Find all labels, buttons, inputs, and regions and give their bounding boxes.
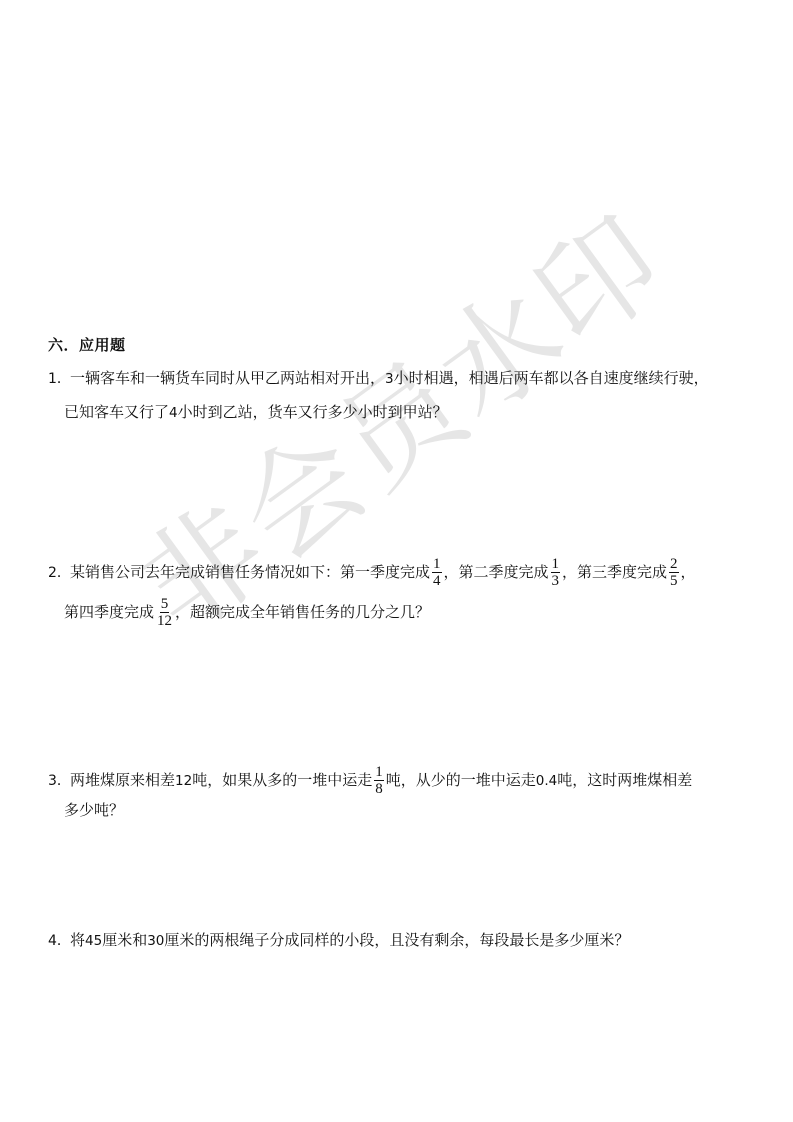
question-3: 3．两堆煤原来相差12吨，如果从多的一堆中运走18吨，从少的一堆中运走0.4吨，… [48,764,692,797]
question-text: ， [681,563,696,581]
question-1: 1．一辆客车和一辆货车同时从甲乙两站相对开出，3小时相遇，相遇后两车都以各自速度… [48,368,709,389]
fraction-numerator: 1 [432,556,442,573]
fraction-denominator: 5 [669,573,679,589]
question-text: ，第二季度完成 [444,563,549,581]
fraction-denominator: 4 [432,573,442,589]
number-value: 30 [147,933,164,949]
question-text: 吨，这时两堆煤相差 [557,771,692,789]
question-text: 将 [70,931,85,949]
question-text: 两堆煤原来相差 [70,771,175,789]
fraction-denominator: 3 [551,573,561,589]
number-value: 45 [85,933,102,949]
question-text: ，第三季度完成 [562,563,667,581]
question-number: 1． [48,369,70,389]
question-2: 2．某销售公司去年完成销售任务情况如下：第一季度完成14，第二季度完成13，第三… [48,556,696,589]
number-value: 0.4 [536,773,557,789]
question-line-2: 已知客车又行了4小时到乙站，货车又行多少小时到甲站？ [64,402,448,423]
fraction-numerator: 2 [669,556,679,573]
fraction-denominator: 8 [374,781,384,797]
question-text: 厘米和 [102,931,147,949]
question-text: 小时相遇，相遇后两车都以各自速度继续行驶， [394,369,709,387]
question-text: ，超额完成全年销售任务的几分之几？ [175,603,430,621]
number-value: 4 [169,405,178,421]
question-number: 4． [48,931,70,951]
fraction: 13 [551,556,561,589]
question-text: 已知客车又行了 [64,403,169,421]
fraction: 18 [374,764,384,797]
fraction: 25 [669,556,679,589]
fraction-numerator: 1 [374,764,384,781]
question-text: 厘米的两根绳子分成同样的小段，且没有剩余，每段最长是多少厘米？ [164,931,629,949]
question-text: 小时到乙站，货车又行多少小时到甲站？ [178,403,448,421]
question-text: 多少吨？ [64,801,124,819]
fraction: 14 [432,556,442,589]
question-text: 吨，如果从多的一堆中运走 [192,771,372,789]
question-number: 3． [48,771,70,791]
fraction-denominator: 12 [156,613,173,629]
question-text: 某销售公司去年完成销售任务情况如下：第一季度完成 [70,563,430,581]
fraction-numerator: 5 [160,596,170,613]
number-value: 12 [175,773,192,789]
question-text: 第四季度完成 [64,603,154,621]
question-4: 4．将45厘米和30厘米的两根绳子分成同样的小段，且没有剩余，每段最长是多少厘米… [48,930,629,951]
question-number: 2． [48,563,70,583]
question-text: 吨，从少的一堆中运走 [386,771,536,789]
fraction-numerator: 1 [551,556,561,573]
fraction: 512 [156,596,173,629]
question-line-2: 第四季度完成512，超额完成全年销售任务的几分之几？ [64,596,430,629]
question-text: 一辆客车和一辆货车同时从甲乙两站相对开出， [70,369,385,387]
question-line-2: 多少吨？ [64,800,124,820]
number-value: 3 [385,371,394,387]
section-title: 六．应用题 [48,334,126,355]
